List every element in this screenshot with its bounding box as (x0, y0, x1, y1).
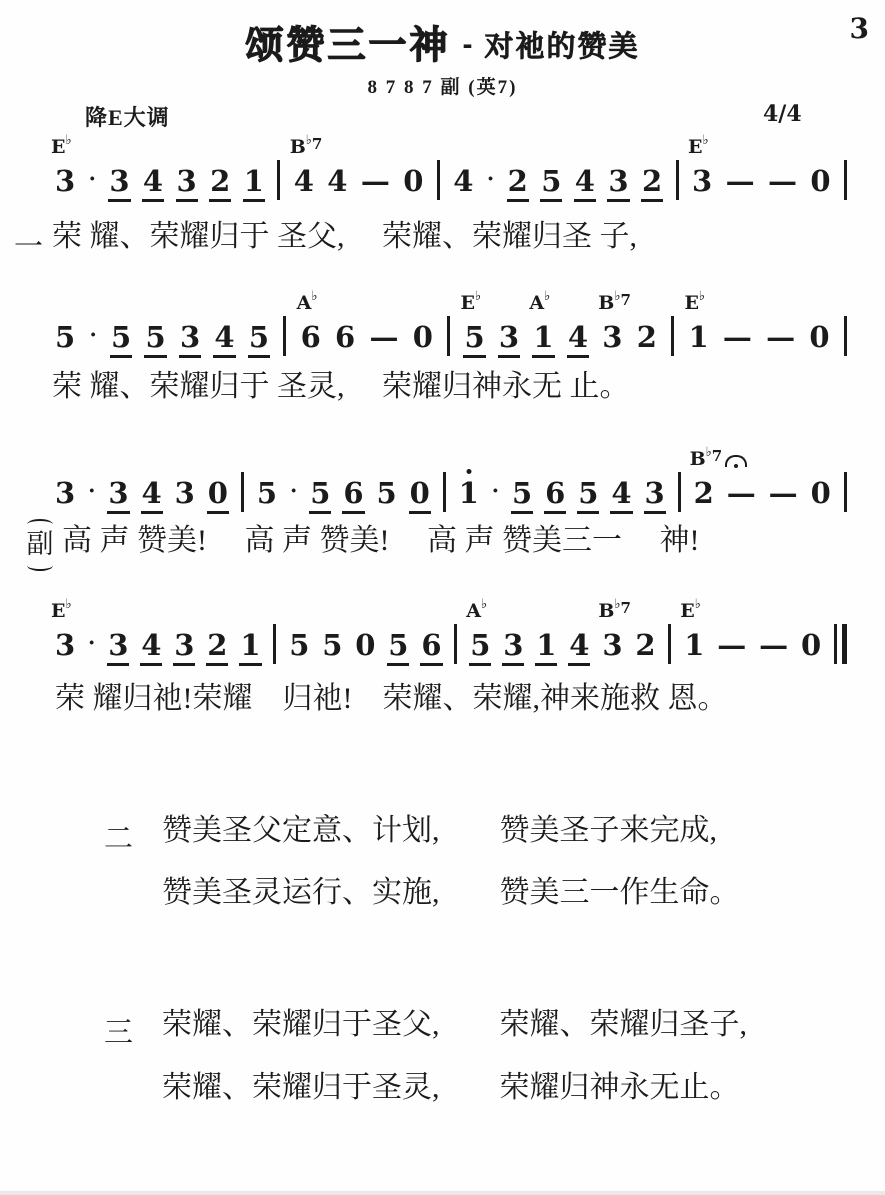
note-3: 3B♭7 (602, 631, 622, 660)
title-row: 颂赞三一神 - 对祂的赞美 (0, 14, 885, 69)
verse-1-marker: 一 (14, 224, 43, 265)
note-6: 6A♭ (301, 323, 321, 352)
barline (668, 624, 671, 664)
chorus-marker: 副 (22, 519, 58, 571)
chord-label: E♭ (51, 598, 72, 621)
barline (447, 316, 450, 356)
barline (277, 160, 280, 200)
augmentation-dot: · (89, 324, 96, 352)
note-4: 4B♭7 (294, 167, 314, 196)
note-3: 3E♭ (692, 167, 712, 196)
flat-sign: ♭ (475, 289, 481, 304)
note-3: 3 (503, 631, 523, 660)
note-0: 0 (809, 323, 829, 352)
note-0: 0 (355, 631, 375, 660)
dash-extension: — (769, 479, 798, 508)
barline (676, 160, 679, 200)
chord-label: B♭7 (690, 446, 748, 469)
barline (842, 624, 847, 664)
note-5: 5 (249, 323, 269, 352)
barline (437, 160, 440, 200)
note-2: 2 (210, 167, 230, 196)
note-1: 1 (536, 631, 556, 660)
note-1: 1A♭ (533, 323, 553, 352)
note-4: 4 (453, 167, 473, 196)
note-0: 0 (801, 631, 821, 660)
note-6: 6 (545, 479, 565, 508)
dash-extension: — (766, 323, 795, 352)
chord-char: B (690, 448, 706, 470)
note-4: 4 (611, 479, 631, 508)
chord-label: B♭7 (598, 598, 631, 621)
note-5: 5 (512, 479, 532, 508)
lyric-chorus: 高 声 赞美! 高 声 赞美! 高 声 赞美三一 神! (62, 524, 699, 559)
chord-char: E (688, 136, 702, 158)
barline (844, 316, 847, 356)
note-0: 0 (208, 479, 228, 508)
note-5: 5A♭ (470, 631, 490, 660)
note-5: 5 (289, 631, 309, 660)
augmentation-dot: · (88, 480, 95, 508)
chord-label: A♭ (466, 598, 487, 621)
chord-char: 7 (312, 135, 322, 153)
note-6: 6 (335, 323, 355, 352)
chord-label: A♭ (529, 290, 550, 313)
note-1: 1E♭ (688, 323, 708, 352)
flat-sign: ♭ (544, 289, 550, 304)
note-4: 4 (141, 631, 161, 660)
flat-sign: ♭ (699, 289, 705, 304)
verse-3-marker: 三 (104, 1010, 133, 1051)
song-subtitle: 对祂的赞美 (485, 31, 640, 63)
note-3: 3E♭ (55, 631, 75, 660)
barline (273, 624, 276, 664)
song-title: 颂赞三一神 (245, 25, 450, 67)
note-4: 4 (142, 479, 162, 508)
dash-extension: — (768, 167, 797, 196)
verse-3-line-1: 荣耀、荣耀归于圣父, 荣耀、荣耀归圣子, (162, 1008, 747, 1043)
barline (844, 472, 847, 512)
chord-char: 7 (621, 599, 631, 617)
scan-edge (0, 1191, 885, 1195)
note-3: 3 (608, 167, 628, 196)
note-5: 5 (376, 479, 396, 508)
note-5: 5 (257, 479, 277, 508)
chord-label: E♭ (684, 290, 705, 313)
chord-label: A♭ (297, 290, 318, 313)
note-5: 5 (578, 479, 598, 508)
verse-2-marker: 二 (104, 816, 133, 857)
barline (283, 316, 286, 356)
note-5: 5 (55, 323, 75, 352)
note-3: 3 (174, 631, 194, 660)
chord-char: 7 (620, 291, 630, 309)
chord-char: E (460, 292, 474, 314)
note-5: 5 (310, 479, 330, 508)
note-2: 2 (635, 631, 655, 660)
note-3: 3 (109, 167, 129, 196)
augmentation-dot: · (89, 168, 96, 196)
note-4: 4 (327, 167, 347, 196)
chord-char: A (466, 600, 481, 622)
augmentation-dot: · (492, 480, 499, 508)
barline (454, 624, 457, 664)
note-4: 4 (575, 167, 595, 196)
note-5: 5 (322, 631, 342, 660)
note-3: 3B♭7 (602, 323, 622, 352)
barline (241, 472, 244, 512)
barline (844, 160, 847, 200)
dash-extension: — (759, 631, 788, 660)
fermata-icon (725, 455, 747, 467)
note-3: 3E♭ (55, 167, 75, 196)
chord-char: E (51, 136, 65, 158)
chord-char: E (684, 292, 698, 314)
augmentation-dot: · (290, 480, 297, 508)
note-4: 4 (214, 323, 234, 352)
flat-sign: ♭ (695, 597, 701, 612)
note-3: 3 (645, 479, 665, 508)
note-4: 4 (143, 167, 163, 196)
music-line-4: 3E♭·34321550565A♭3143B♭721E♭——0 (55, 588, 847, 660)
note-0: 0 (413, 323, 433, 352)
note-1: 1 (244, 167, 264, 196)
note-1: 1 (240, 631, 260, 660)
chord-label: E♭ (688, 134, 709, 157)
verse-3-line-2: 荣耀、荣耀归于圣灵, 荣耀归神永无止。 (162, 1071, 740, 1106)
verse-2-line-1: 赞美圣父定意、计划, 赞美圣子来完成, (162, 814, 717, 849)
chord-char: E (51, 600, 65, 622)
note-2: 2 (508, 167, 528, 196)
note-0: 0 (403, 167, 423, 196)
note-5: 5 (541, 167, 561, 196)
note-3: 3 (499, 323, 519, 352)
note-1: 1 (459, 479, 479, 508)
note-3: 3 (55, 479, 75, 508)
barline (678, 472, 681, 512)
barline (443, 472, 446, 512)
chord-char: A (529, 292, 544, 314)
chord-char: E (680, 600, 694, 622)
note-4: 4 (569, 631, 589, 660)
dash-extension: — (369, 323, 398, 352)
chord-label: E♭ (460, 290, 481, 313)
chord-label: E♭ (51, 134, 72, 157)
double-barline (834, 624, 847, 664)
dash-extension: — (717, 631, 746, 660)
note-5: 5 (145, 323, 165, 352)
flat-sign: ♭ (65, 597, 71, 612)
chord-char: B (598, 292, 614, 314)
note-5: 5E♭ (464, 323, 484, 352)
barline (671, 316, 674, 356)
chord-char: 7 (712, 447, 722, 465)
augmentation-dot: · (88, 632, 95, 660)
note-0: 0 (811, 479, 831, 508)
note-0: 0 (410, 479, 430, 508)
chord-char: B (290, 136, 306, 158)
meter-info: 8 7 8 7 副 (英7) (0, 72, 885, 99)
note-3: 3 (177, 167, 197, 196)
chord-char: B (598, 600, 614, 622)
sheet-music-page: 3 颂赞三一神 - 对祂的赞美 8 7 8 7 副 (英7) 降E大调 4/4 … (0, 0, 885, 1195)
note-3: 3 (108, 631, 128, 660)
chorus-marker-label: 副 (27, 530, 54, 560)
note-5: 5 (111, 323, 131, 352)
verse-2-line-2: 赞美圣灵运行、实施, 赞美三一作生命。 (162, 876, 740, 911)
chord-label: B♭7 (598, 290, 631, 313)
chord-label: B♭7 (290, 134, 323, 157)
chord-char: A (297, 292, 312, 314)
note-3: 3 (180, 323, 200, 352)
dash-extension: — (723, 323, 752, 352)
note-6: 6 (421, 631, 441, 660)
chorus-marker-arc-bottom (27, 560, 53, 571)
flat-sign: ♭ (311, 289, 317, 304)
note-2: 2 (637, 323, 657, 352)
note-3: 3 (108, 479, 128, 508)
music-line-2: 5·553456A♭6—05E♭31A♭43B♭721E♭——0 (55, 280, 847, 352)
music-line-3: 3·34305·56501·565432B♭7——0 (55, 436, 847, 508)
title-separator: - (463, 28, 473, 61)
lyric-line-1: 荣 耀、荣耀归于 圣父, 荣耀、荣耀归圣 子, (52, 220, 637, 255)
barline (834, 624, 837, 664)
lyric-line-4: 荣 耀归祂!荣耀 归祂! 荣耀、荣耀,神来施救 恩。 (55, 682, 727, 717)
music-line-1: 3E♭·343214B♭74—04·254323E♭——0 (55, 124, 847, 196)
note-2: 2B♭7 (694, 479, 714, 508)
dash-extension: — (361, 167, 390, 196)
lyric-line-2: 荣 耀、荣耀归于 圣灵, 荣耀归神永无 止。 (52, 370, 630, 405)
note-6: 6 (343, 479, 363, 508)
chord-label: E♭ (680, 598, 701, 621)
note-0: 0 (810, 167, 830, 196)
note-2: 2 (642, 167, 662, 196)
flat-sign: ♭ (702, 133, 708, 148)
note-3: 3 (175, 479, 195, 508)
augmentation-dot: · (487, 168, 494, 196)
flat-sign: ♭ (65, 133, 71, 148)
dash-extension: — (727, 479, 756, 508)
note-4: 4 (568, 323, 588, 352)
note-2: 2 (207, 631, 227, 660)
flat-sign: ♭ (481, 597, 487, 612)
note-1: 1E♭ (684, 631, 704, 660)
note-5: 5 (388, 631, 408, 660)
dash-extension: — (726, 167, 755, 196)
